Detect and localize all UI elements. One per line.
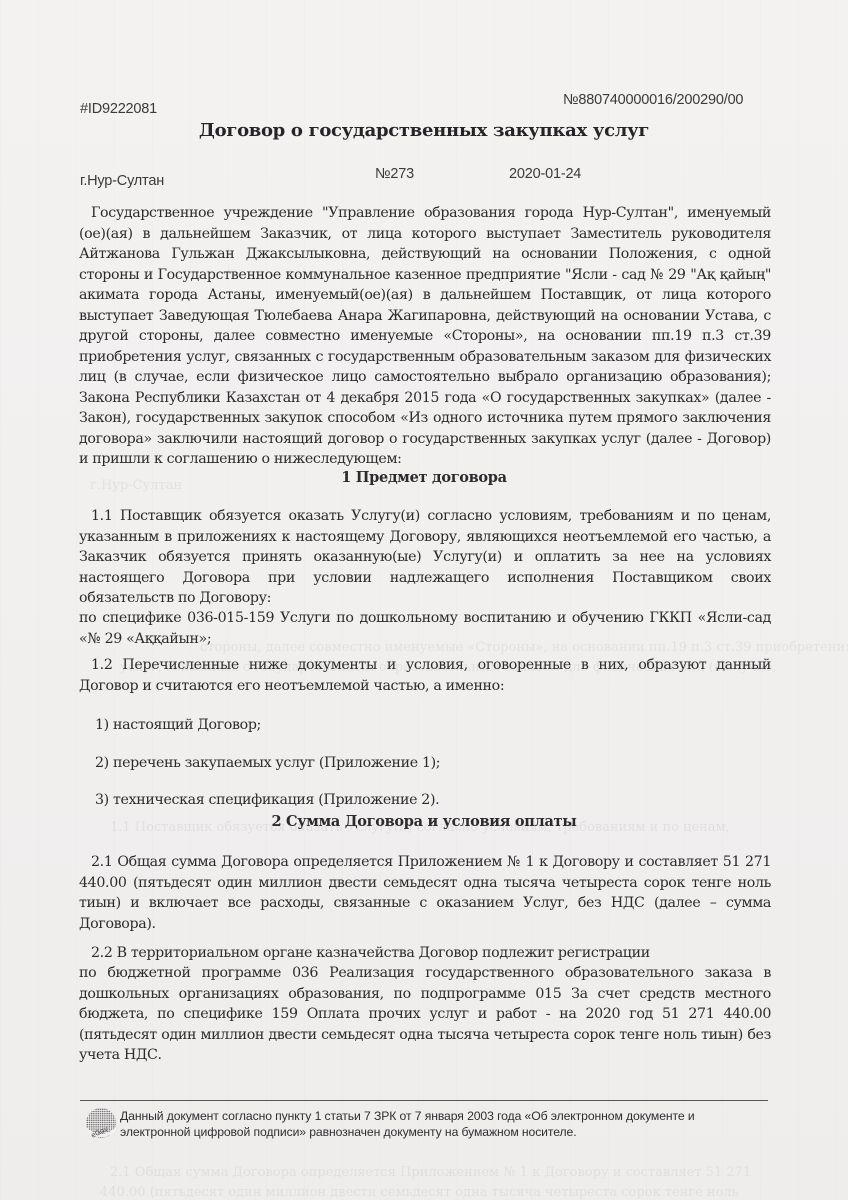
- contract-number: №273: [375, 166, 414, 182]
- clause-1-2: 1.2 Перечисленные ниже документы и услов…: [79, 655, 771, 696]
- preamble-paragraph: Государственное учреждение "Управление о…: [79, 203, 771, 470]
- list-item: 3) техническая спецификация (Приложение …: [95, 792, 439, 808]
- clause-1-1-specification: по специфике 036-015-159 Услуги по дошко…: [79, 608, 771, 649]
- section-heading-1: 1 Предмет договора: [0, 469, 848, 486]
- bleed-through-text: 440.00 (пятьдесят один миллион двести се…: [100, 1185, 739, 1200]
- document-title: Договор о государственных закупках услуг: [0, 120, 848, 141]
- contract-date: 2020-01-24: [509, 166, 581, 182]
- list-item: 2) перечень закупаемых услуг (Приложение…: [95, 755, 440, 771]
- clause-2-2-details: по бюджетной программе 036 Реализация го…: [79, 963, 771, 1066]
- clause-2-1: 2.1 Общая сумма Договора определяется Пр…: [79, 852, 771, 934]
- document-id: #ID9222081: [80, 101, 157, 117]
- egov-seal-icon: eGov: [84, 1106, 118, 1140]
- legal-notice: Данный документ согласно пункту 1 статьи…: [120, 1108, 760, 1140]
- registry-number: №880740000016/200290/00: [563, 92, 743, 108]
- clause-2-2-intro: 2.2 В территориальном органе казначейств…: [79, 943, 771, 964]
- clause-1-1: 1.1 Поставщик обязуется оказать Услугу(и…: [79, 506, 771, 609]
- document-page: г.Нур-Султан стороны, далее совместно им…: [0, 0, 848, 1200]
- list-item: 1) настоящий Договор;: [95, 717, 261, 733]
- section-heading-2: 2 Сумма Договора и условия оплаты: [0, 813, 848, 830]
- footer-divider: [80, 1100, 768, 1101]
- city: г.Нур-Султан: [80, 173, 164, 189]
- bleed-through-text: 2.1 Общая сумма Договора определяется Пр…: [110, 1165, 751, 1180]
